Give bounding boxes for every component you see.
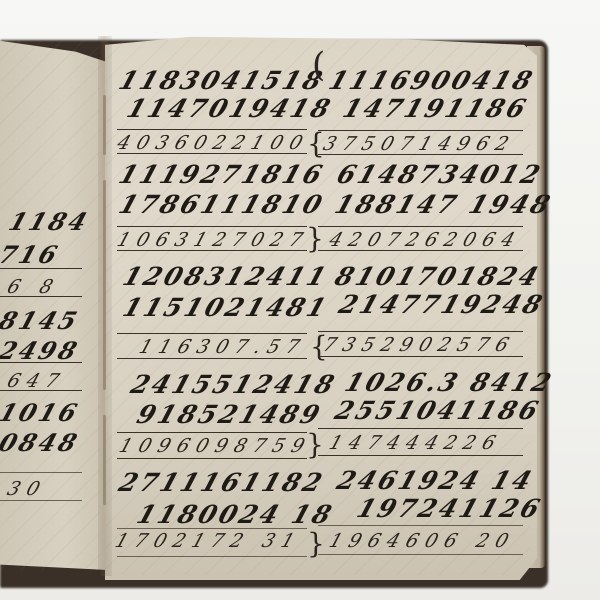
left-rule	[0, 390, 82, 391]
sum-rule	[117, 333, 307, 334]
difference: 1702172 31	[112, 530, 304, 552]
subtrahend: 2147719248	[335, 290, 548, 319]
subtrahend: 1786111810	[115, 190, 328, 219]
minuend: 1026.3 8412	[341, 368, 557, 397]
brace-mark: }	[306, 428, 324, 461]
subtrahend: 1180024 18	[133, 500, 338, 529]
bracket-mark: (	[312, 45, 325, 85]
minuend: 1208312411	[119, 262, 332, 291]
sum-rule	[117, 250, 307, 251]
difference: 1964606 20	[326, 530, 518, 552]
brace-mark: }	[307, 527, 325, 560]
left-line: 716	[0, 240, 64, 269]
left-rule	[0, 268, 82, 269]
difference: 4036022100	[114, 132, 312, 154]
subtrahend: 918521489	[133, 400, 326, 429]
difference: 3750714962	[320, 133, 518, 155]
subtrahend: 1151021481	[119, 293, 332, 322]
minuend: 2711161182	[115, 468, 328, 497]
difference: 4207262064	[326, 229, 524, 251]
sum-rule	[117, 226, 307, 227]
left-line: 2498	[0, 336, 84, 365]
binding-stitch	[103, 95, 106, 155]
minuend: 2461924 14	[333, 466, 538, 495]
left-line: 0848	[0, 428, 84, 457]
sum-rule	[117, 358, 307, 359]
sum-rule	[117, 528, 307, 529]
binding-stitch	[103, 180, 106, 390]
sum-rule	[318, 356, 523, 357]
subtrahend: 197241126	[353, 494, 546, 523]
difference: 7352902576	[320, 334, 518, 356]
copybook-photo: 1184 716 6 8 8145 2498 647 1016 0848 30 …	[0, 0, 600, 600]
difference: 147444226	[326, 432, 505, 454]
left-rule	[0, 362, 82, 363]
subtrahend: 1147019418	[123, 94, 336, 123]
sum-rule	[318, 331, 523, 332]
left-line: 6 8	[4, 276, 62, 298]
subtrahend: 2551041186	[331, 396, 544, 425]
difference: 1063127027	[114, 229, 312, 251]
left-rule	[0, 500, 82, 501]
subtrahend: 188147 1948	[331, 190, 556, 219]
sum-rule	[318, 455, 523, 456]
difference: 1096098759	[116, 435, 314, 457]
minuend: 1116900418	[325, 66, 538, 95]
binding-stitch	[103, 415, 106, 505]
sum-rule	[318, 554, 523, 555]
minuend: 2415512418	[127, 370, 340, 399]
sum-rule	[117, 556, 307, 557]
sum-rule	[117, 432, 307, 433]
brace-mark: {	[307, 127, 325, 160]
minuend: 1183041518	[115, 66, 328, 95]
sum-rule	[117, 129, 307, 130]
difference: 116307.57	[136, 336, 309, 358]
left-rule	[0, 472, 82, 473]
sum-rule	[117, 153, 307, 154]
left-line: 1016	[0, 398, 84, 427]
sum-rule	[318, 226, 523, 227]
subtrahend: 147191186	[339, 94, 532, 123]
left-line: 647	[4, 370, 68, 392]
sum-rule	[318, 154, 523, 155]
sum-rule	[318, 250, 523, 251]
left-line: 1184	[5, 207, 93, 236]
left-line: 30	[4, 478, 49, 500]
left-line: 8145	[0, 306, 84, 335]
sum-rule	[117, 458, 307, 459]
sum-rule	[318, 130, 523, 131]
sum-rule	[318, 428, 523, 429]
minuend: 8101701824	[331, 262, 544, 291]
minuend: 1119271816	[115, 160, 328, 189]
left-rule	[0, 296, 82, 297]
minuend: 6148734012	[333, 160, 546, 189]
sum-rule	[318, 525, 523, 526]
